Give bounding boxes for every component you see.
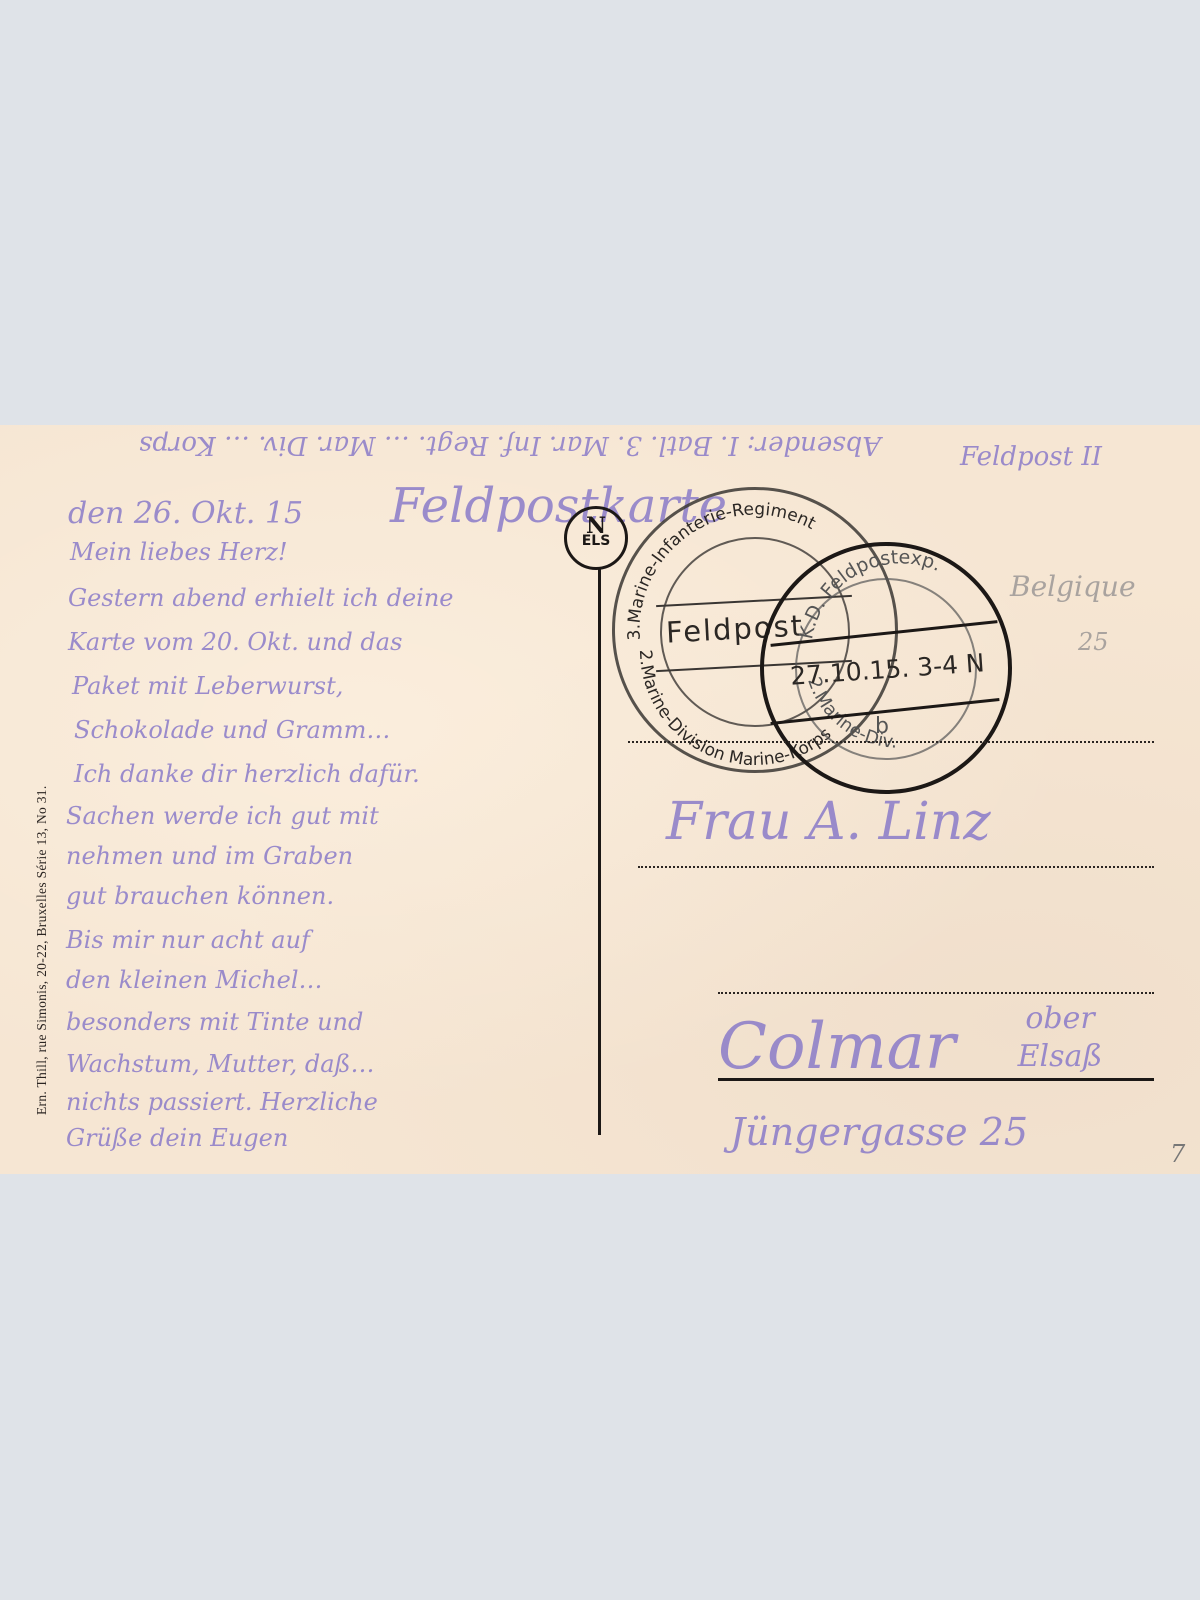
- region-note: ober Elsaß: [990, 1000, 1130, 1076]
- regimental-stamp-ring-text: 3.Marine-Infanterie-Regiment 2.Marine-Di…: [0, 0, 1200, 1600]
- address-line-2: [638, 866, 1154, 868]
- address-line-1: [628, 741, 1154, 743]
- street-address: Jüngergasse 25: [730, 1110, 1028, 1154]
- pencil-number-note: 25: [1078, 628, 1109, 656]
- pencil-country-note: Belgique: [1010, 570, 1136, 603]
- city-name: Colmar: [718, 1010, 955, 1084]
- postmark-letter: b: [875, 714, 889, 739]
- recipient-name: Frau A. Linz: [666, 792, 991, 852]
- address-line-3: [718, 992, 1154, 994]
- pencil-corner-number: 7: [1170, 1140, 1185, 1168]
